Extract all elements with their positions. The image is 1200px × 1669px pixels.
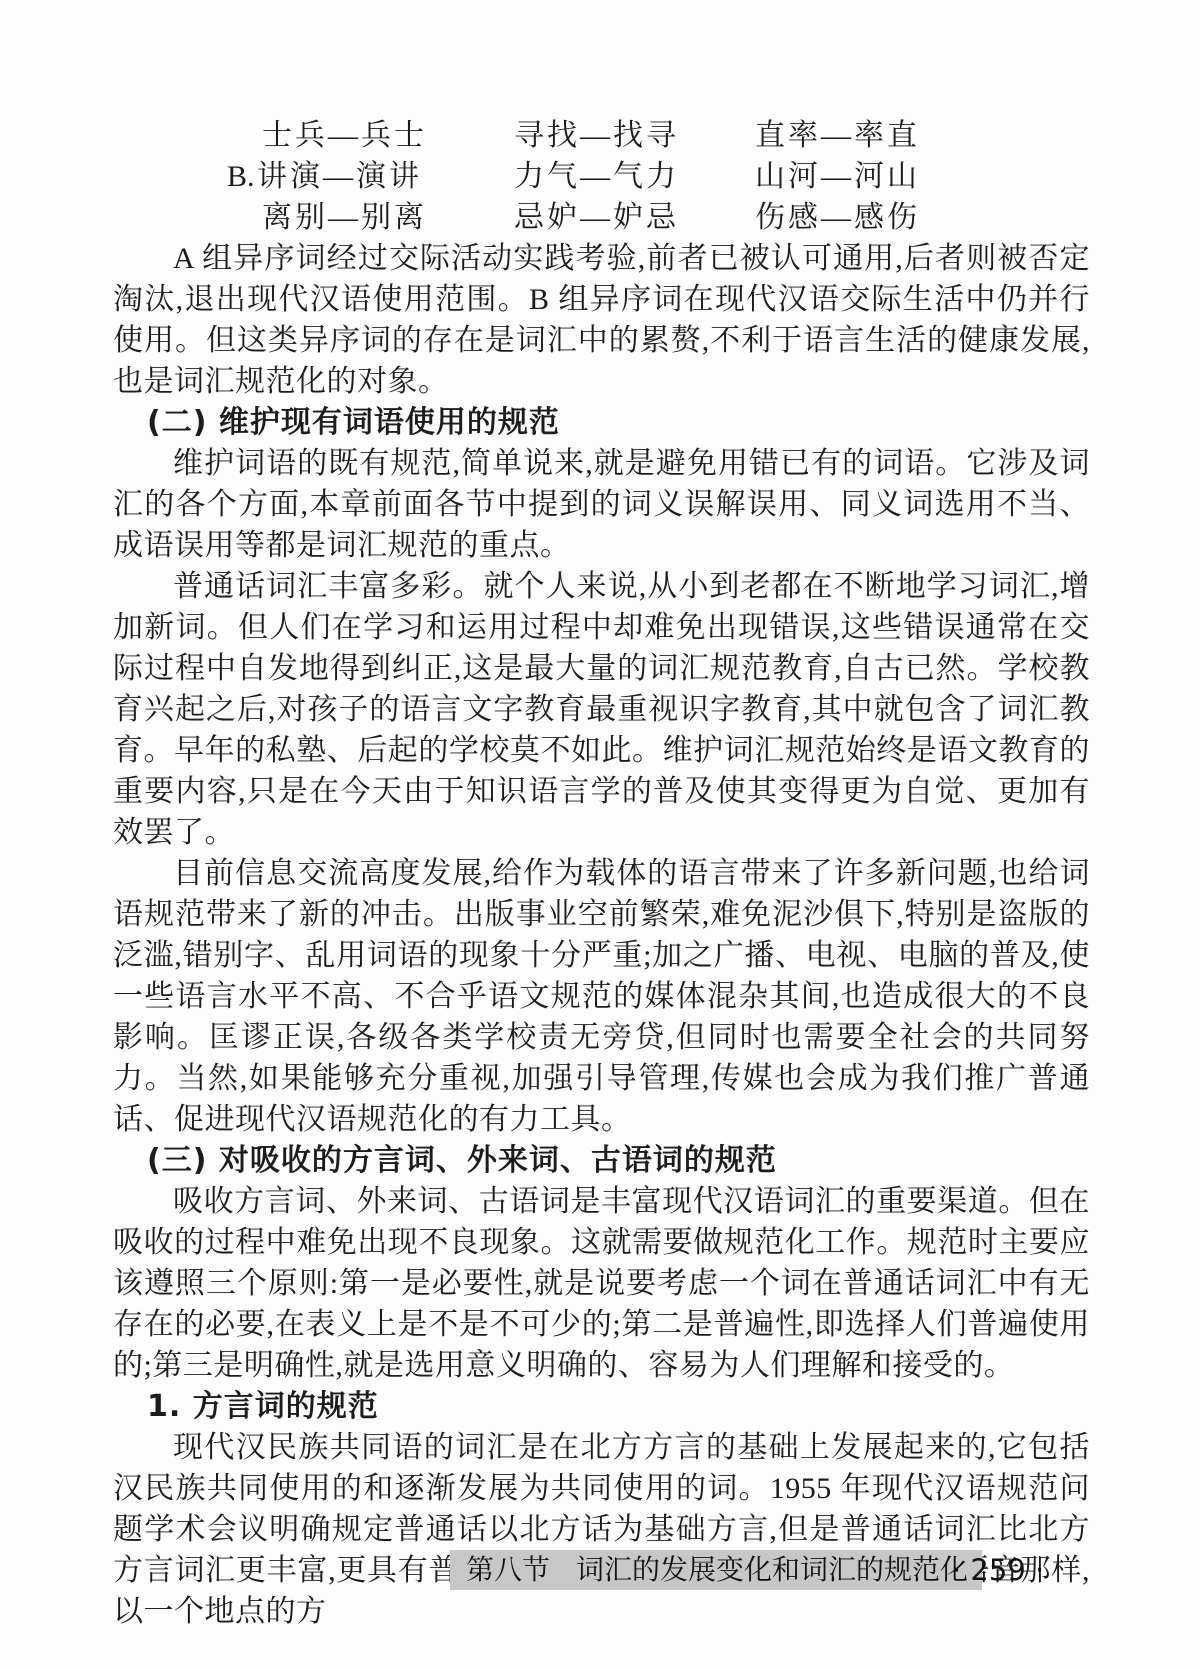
word-pair: 山河—河山: [755, 156, 920, 197]
page-footer: 第八节词汇的发展变化和词汇的规范化 · 259 ·: [0, 1550, 1200, 1592]
section-heading-2: (二) 维护现有词语使用的规范: [113, 402, 1090, 443]
word-pair: 离别—别离: [262, 197, 427, 238]
page-content: 士兵—兵士 寻找—找寻 直率—率直 B. 讲演—演讲 力气—气力 山河—河山 离…: [113, 115, 1090, 1632]
word-pair: 讲演—演讲: [257, 156, 422, 197]
word-pair-row: 离别—别离 忌妒—妒忌 伤感—感伤: [113, 197, 1090, 238]
paragraph-a-b-groups: A 组异序词经过交际活动实践考验,前者已被认可通用,后者则被否定淘汰,退出现代汉…: [113, 238, 1090, 402]
section-heading-3: (三) 对吸收的方言词、外来词、古语词的规范: [113, 1140, 1090, 1181]
word-pair: 士兵—兵士: [262, 115, 427, 156]
paragraph-information-age: 目前信息交流高度发展,给作为载体的语言带来了许多新问题,也给词语规范带来了新的冲…: [113, 853, 1090, 1140]
footer-chapter-title: 词汇的发展变化和词汇的规范化: [576, 1553, 968, 1586]
word-pair: 伤感—感伤: [755, 197, 920, 238]
page-number: · 259 ·: [952, 1550, 1044, 1590]
word-pair: 寻找—找寻: [514, 115, 679, 156]
subsection-heading-dialect: 1. 方言词的规范: [113, 1386, 1090, 1427]
paragraph-absorb-words: 吸收方言词、外来词、古语词是丰富现代汉语词汇的重要渠道。但在吸收的过程中难免出现…: [113, 1181, 1090, 1386]
word-pair: 力气—气力: [514, 156, 679, 197]
word-pair-row: B. 讲演—演讲 力气—气力 山河—河山: [113, 156, 1090, 197]
word-pair-table: 士兵—兵士 寻找—找寻 直率—率直 B. 讲演—演讲 力气—气力 山河—河山 离…: [113, 115, 1090, 238]
word-pair-row: 士兵—兵士 寻找—找寻 直率—率直: [113, 115, 1090, 156]
word-pair: 直率—率直: [755, 115, 920, 156]
paragraph-putonghua-vocabulary: 普通话词汇丰富多彩。就个人来说,从小到老都在不断地学习词汇,增加新词。但人们在学…: [113, 566, 1090, 853]
running-footer: 第八节词汇的发展变化和词汇的规范化: [450, 1550, 982, 1590]
group-b-label: B.: [227, 156, 255, 197]
footer-section-label: 第八节: [466, 1553, 550, 1586]
word-pair: 忌妒—妒忌: [514, 197, 679, 238]
book-page: 士兵—兵士 寻找—找寻 直率—率直 B. 讲演—演讲 力气—气力 山河—河山 离…: [0, 0, 1200, 1669]
paragraph-maintain-norms: 维护词语的既有规范,简单说来,就是避免用错已有的词语。它涉及词汇的各个方面,本章…: [113, 443, 1090, 566]
paragraph-dialect-norms: 现代汉民族共同语的词汇是在北方方言的基础上发展起来的,它包括汉民族共同使用的和逐…: [113, 1427, 1090, 1632]
